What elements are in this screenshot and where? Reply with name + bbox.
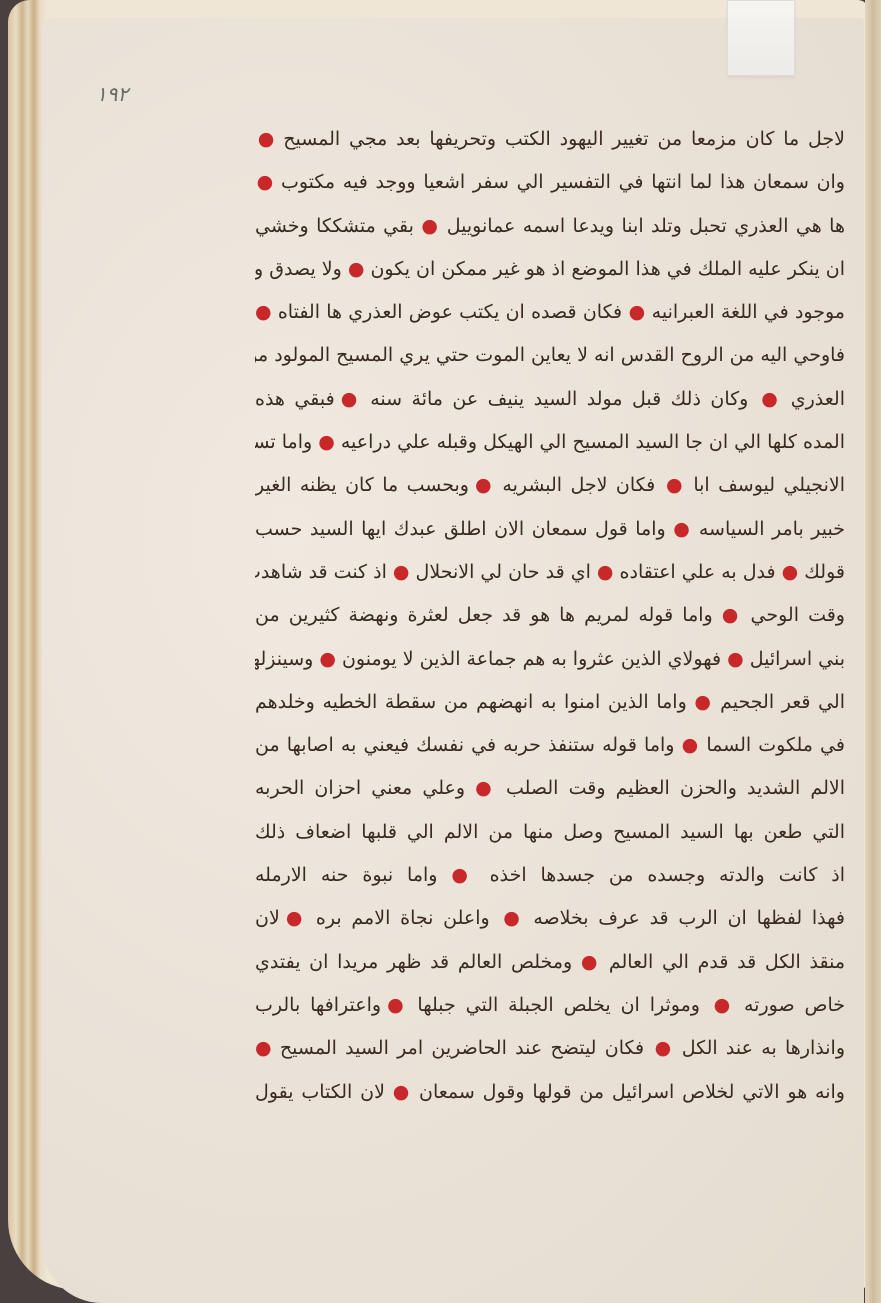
- book-background: ١٩٢ لاجل ما كان مزمعا من تغيير اليهود ال…: [0, 0, 881, 1303]
- text-line-19: فهذا لفظها ان الرب قد عرف بخلاصه ● واعلن…: [255, 897, 845, 940]
- text-line-10: خبير بامر السياسه ● واما قول سمعان الان …: [255, 508, 845, 551]
- red-verse-dot: ●: [348, 258, 365, 280]
- red-verse-dot: ●: [255, 1037, 272, 1059]
- red-verse-dot: ●: [341, 388, 361, 410]
- text-line-14: الي قعر الجحيم ● واما الذين امنوا به انه…: [255, 681, 845, 724]
- folio-number: ١٩٢: [96, 82, 128, 106]
- text-line-5: موجود في اللغة العبرانيه ● فكان قصده ان …: [255, 291, 845, 334]
- red-verse-dot: ●: [393, 561, 410, 583]
- text-line-20: منقذ الكل قد قدم الي العالم ● ومخلص العا…: [255, 941, 845, 984]
- text-line-2: وان سمعان هذا لما انتها في التفسير الي س…: [255, 161, 845, 204]
- red-verse-dot: ●: [597, 561, 614, 583]
- text-line-4: ان ينكر عليه الملك في هذا الموضع اذ هو غ…: [255, 248, 845, 291]
- red-verse-dot: ●: [255, 128, 274, 150]
- red-verse-dot: ●: [255, 301, 272, 323]
- manuscript-text: لاجل ما كان مزمعا من تغيير اليهود الكتب …: [255, 118, 845, 1114]
- text-line-17: التي طعن بها السيد المسيح وصل منها من ال…: [255, 811, 845, 854]
- red-verse-dot: ●: [319, 648, 336, 670]
- text-line-23: وانه هو الاتي لخلاص اسرائيل من قولها وقو…: [255, 1071, 845, 1114]
- text-line-18: اذ كانت والدته وجسده من جسدها اخذه ● وام…: [255, 854, 845, 897]
- red-verse-dot: ●: [628, 301, 645, 323]
- red-verse-dot: ●: [318, 431, 335, 453]
- red-verse-dot: ●: [387, 994, 407, 1016]
- red-verse-dot: ●: [693, 691, 713, 713]
- red-verse-dot: ●: [391, 1081, 411, 1103]
- red-verse-dot: ●: [255, 171, 273, 193]
- red-verse-dot: ●: [681, 734, 700, 756]
- red-verse-dot: ●: [444, 864, 476, 886]
- text-line-11: قولك ● فدل به علي اعتقاده ● اي قد حان لي…: [255, 551, 845, 594]
- right-page-edge: [865, 0, 881, 1303]
- red-verse-dot: ●: [652, 1037, 673, 1059]
- text-line-21: خاص صورته ● وموثرا ان يخلص الجبلة التي ج…: [255, 984, 845, 1027]
- text-line-7: العذري ● وكان ذلك قبل مولد السيد ينيف عن…: [255, 378, 845, 421]
- red-verse-dot: ●: [664, 474, 685, 496]
- red-verse-dot: ●: [782, 561, 799, 583]
- red-verse-dot: ●: [286, 907, 306, 929]
- text-line-13: بني اسرائيل ● فهولاي الذين عثروا به هم ج…: [255, 638, 845, 681]
- text-line-3: ها هي العذري تحبل وتلد ابنا ويدعا اسمه ع…: [255, 205, 845, 248]
- red-verse-dot: ●: [719, 604, 742, 626]
- red-verse-dot: ●: [727, 648, 744, 670]
- red-verse-dot: ●: [578, 951, 600, 973]
- text-line-16: الالم الشديد والحزن العظيم وقت الصلب ● و…: [255, 767, 845, 810]
- red-verse-dot: ●: [420, 215, 439, 237]
- text-line-1: لاجل ما كان مزمعا من تغيير اليهود الكتب …: [255, 118, 845, 161]
- red-verse-dot: ●: [710, 994, 734, 1016]
- text-line-15: في ملكوت السما ● واما قوله ستنفذ حربه في…: [255, 724, 845, 767]
- red-verse-dot: ●: [500, 907, 524, 929]
- text-line-12: وقت الوحي ● واما قوله لمريم ها هو قد جعل…: [255, 594, 845, 637]
- text-line-8: المده كلها الي ان جا السيد المسيح الي ال…: [255, 421, 845, 464]
- text-line-9: الانجيلي ليوسف ابا ● فكان لاجل البشريه ●…: [255, 464, 845, 507]
- text-line-6: فاوحي اليه من الروح القدس انه لا يعاين ا…: [255, 334, 845, 377]
- red-verse-dot: ●: [471, 777, 496, 799]
- text-line-22: وانذارها به عند الكل ● فكان ليتضح عند ال…: [255, 1027, 845, 1070]
- red-verse-dot: ●: [672, 518, 692, 540]
- red-verse-dot: ●: [758, 388, 781, 410]
- paper-tab-marker: [727, 0, 795, 76]
- red-verse-dot: ●: [475, 474, 494, 496]
